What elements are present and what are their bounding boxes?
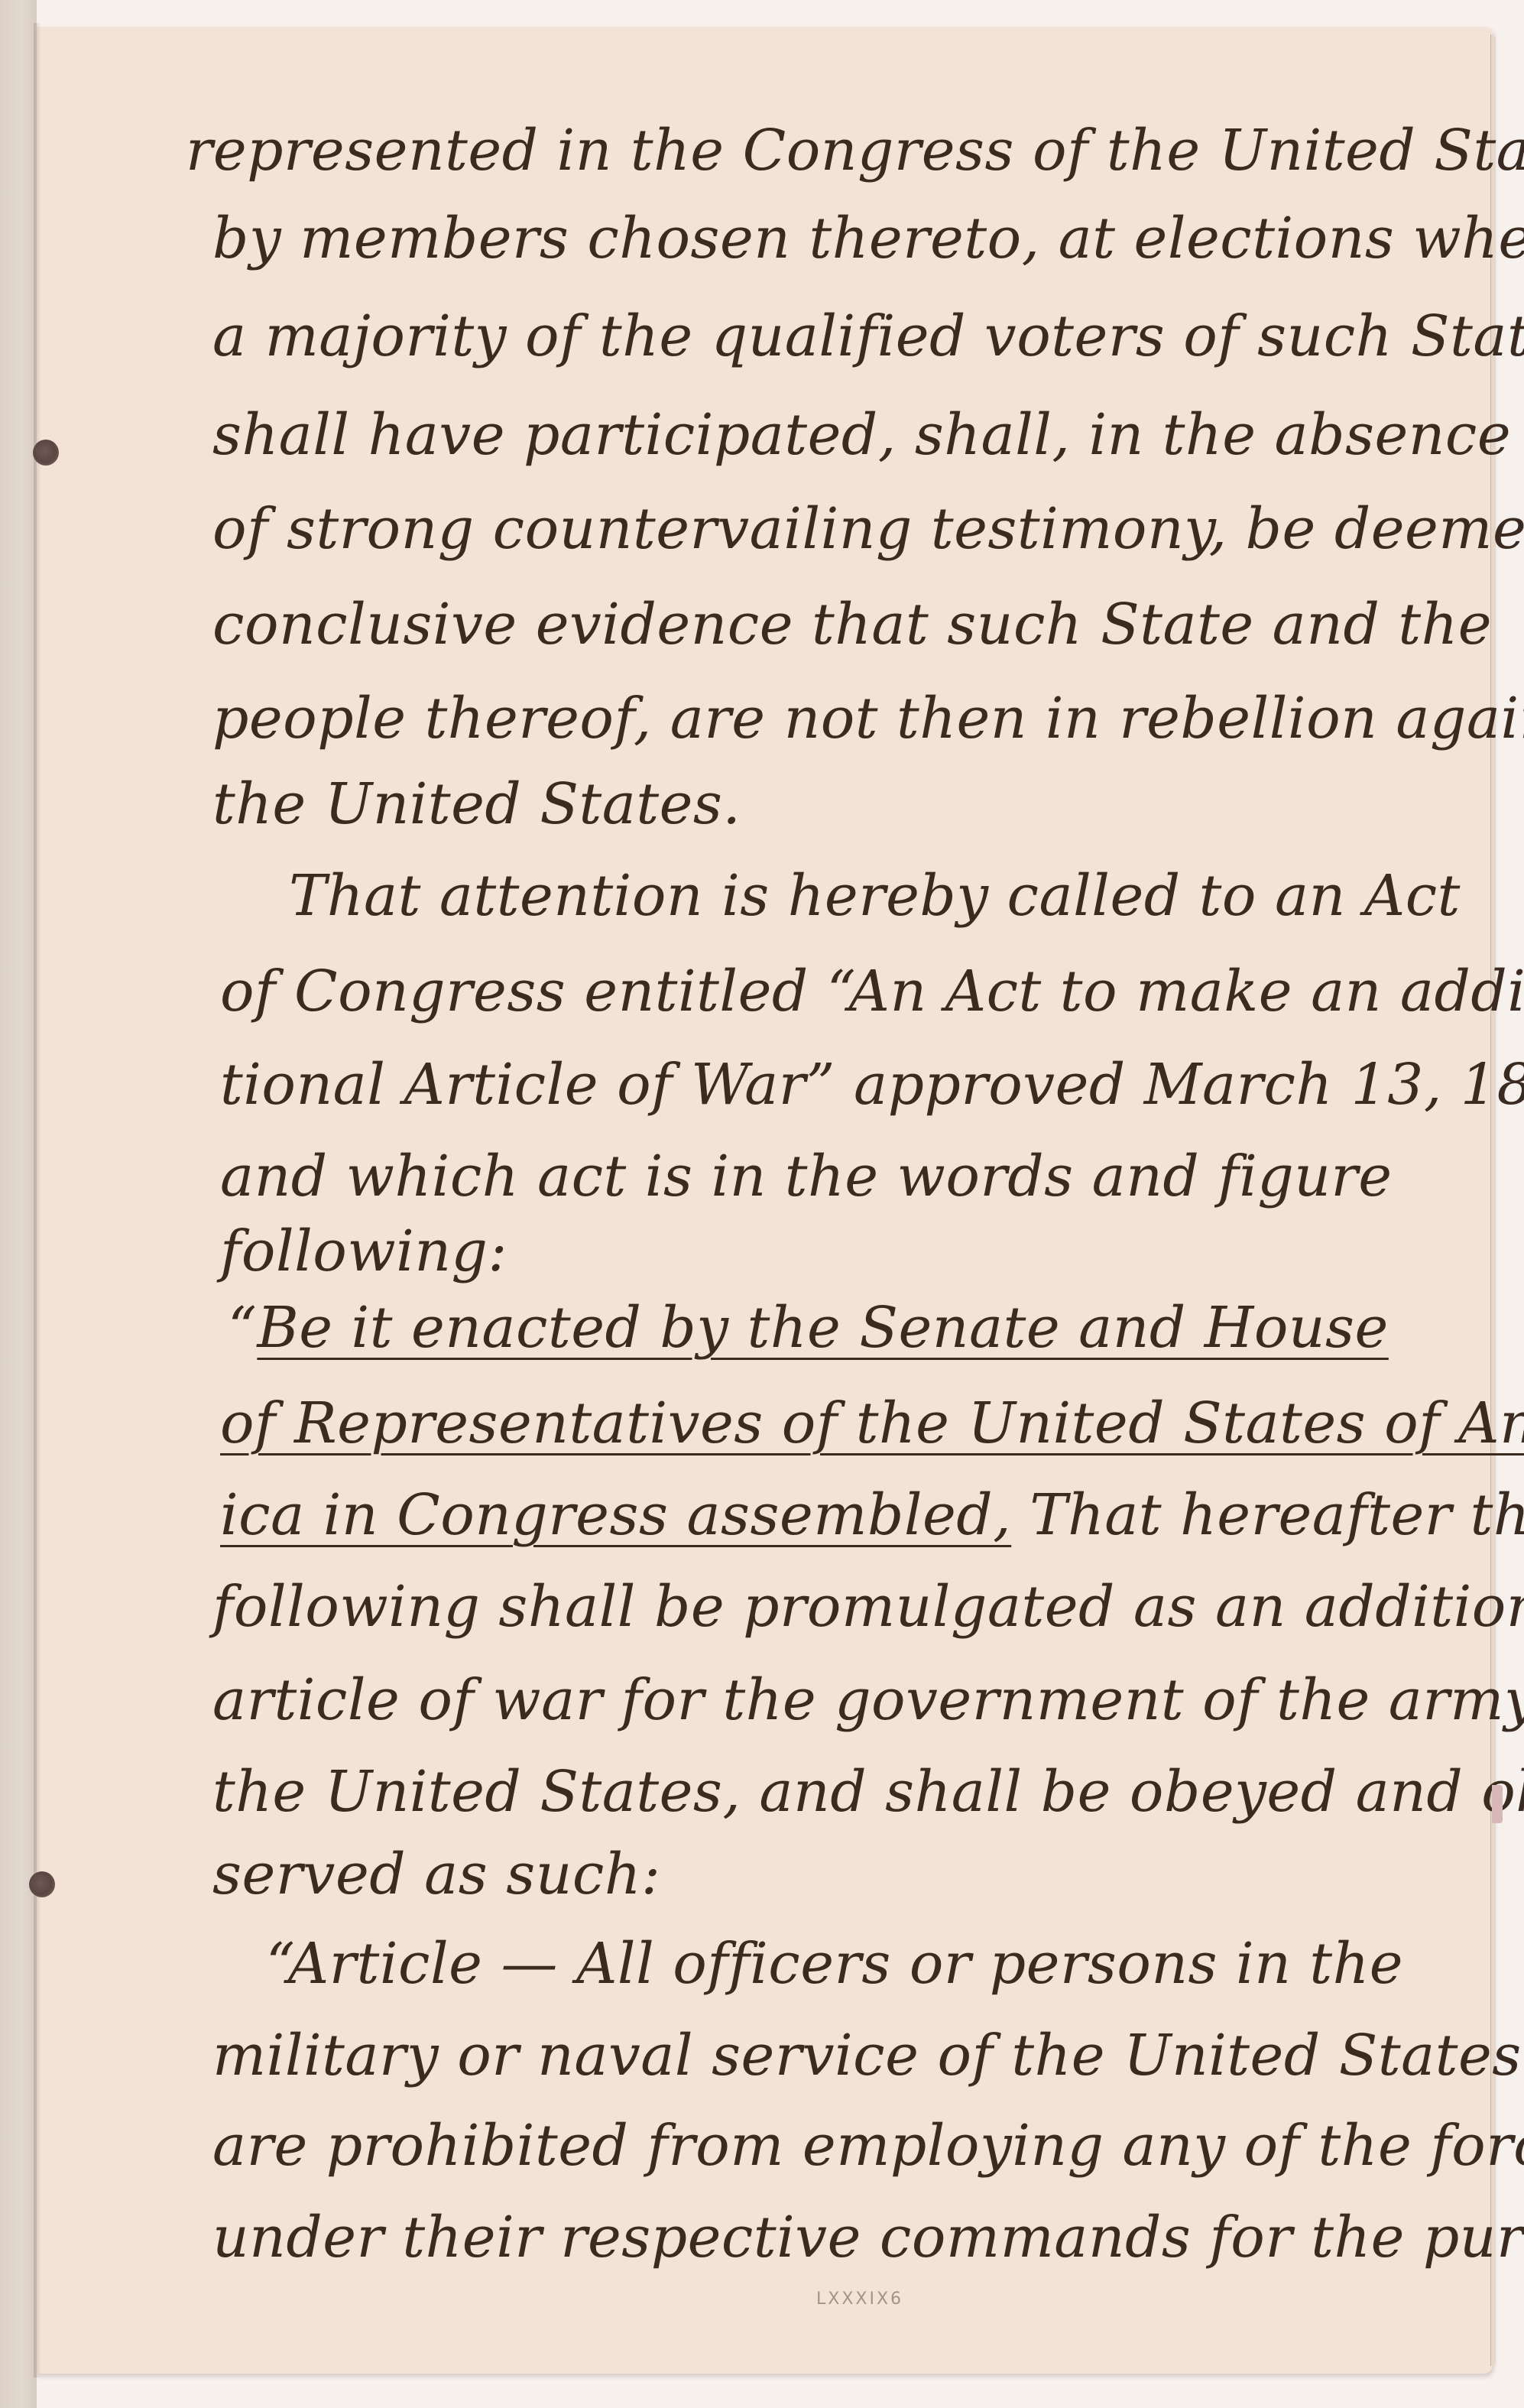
text-line: tional Article of War” approved March 13… [220,1056,1524,1113]
paragraph-start-line: That attention is hereby called to an Ac… [289,868,1461,924]
page-edge [1490,34,1496,2366]
binding-shadow [34,23,41,2377]
manuscript-page: represented in the Congress of the Unite… [37,27,1493,2374]
text-line: under their respective commands for the … [212,2209,1524,2266]
catalog-pencil-mark: LXXXIX6 [816,2290,903,2309]
enacting-clause-line: ica in Congress assembled, That hereafte… [220,1487,1524,1543]
article-heading-line: “Article — All officers or persons in th… [266,1936,1403,1992]
text-line: article of war for the government of the… [212,1672,1524,1728]
binding-hole-icon [29,1871,55,1897]
text-line: of strong countervailing testimony, be d… [212,501,1524,557]
page-tab-marker [1492,1785,1503,1823]
enacting-clause-line: of Representatives of the United States … [220,1395,1524,1452]
text-line: are prohibited from employing any of the… [212,2118,1524,2174]
text-line: people thereof, are not then in rebellio… [212,690,1524,747]
text-line: following shall be promulgated as an add… [212,1579,1524,1635]
text-line: the United States, and shall be obeyed a… [212,1764,1524,1820]
text-line: a majority of the qualified voters of su… [212,308,1524,365]
text-line: served as such: [212,1846,660,1903]
underlined-text: Be it enacted by the Senate and House [257,1295,1388,1361]
text-line: shall have participated, shall, in the a… [212,407,1511,463]
underlined-text: of Representatives of the United States … [220,1391,1524,1456]
text-span: That hereafter the [1011,1482,1524,1548]
text-line: military or naval service of the United … [212,2027,1522,2084]
text-line: of Congress entitled “An Act to make an … [220,963,1524,1020]
text-line: the United States. [212,776,741,832]
text-line: following: [220,1223,507,1280]
text-line: by members chosen thereto, at elections … [212,210,1524,267]
enacting-clause-line: “Be it enacted by the Senate and House [228,1300,1389,1356]
text-line: conclusive evidence that such State and … [212,596,1492,653]
binding-strip [0,0,37,2408]
text-line: represented in the Congress of the Unite… [186,122,1524,179]
underlined-text: ica in Congress assembled, [220,1482,1011,1548]
open-quote: “ [228,1295,257,1361]
text-line: and which act is in the words and figure [220,1148,1393,1205]
binding-hole-icon [33,440,59,466]
